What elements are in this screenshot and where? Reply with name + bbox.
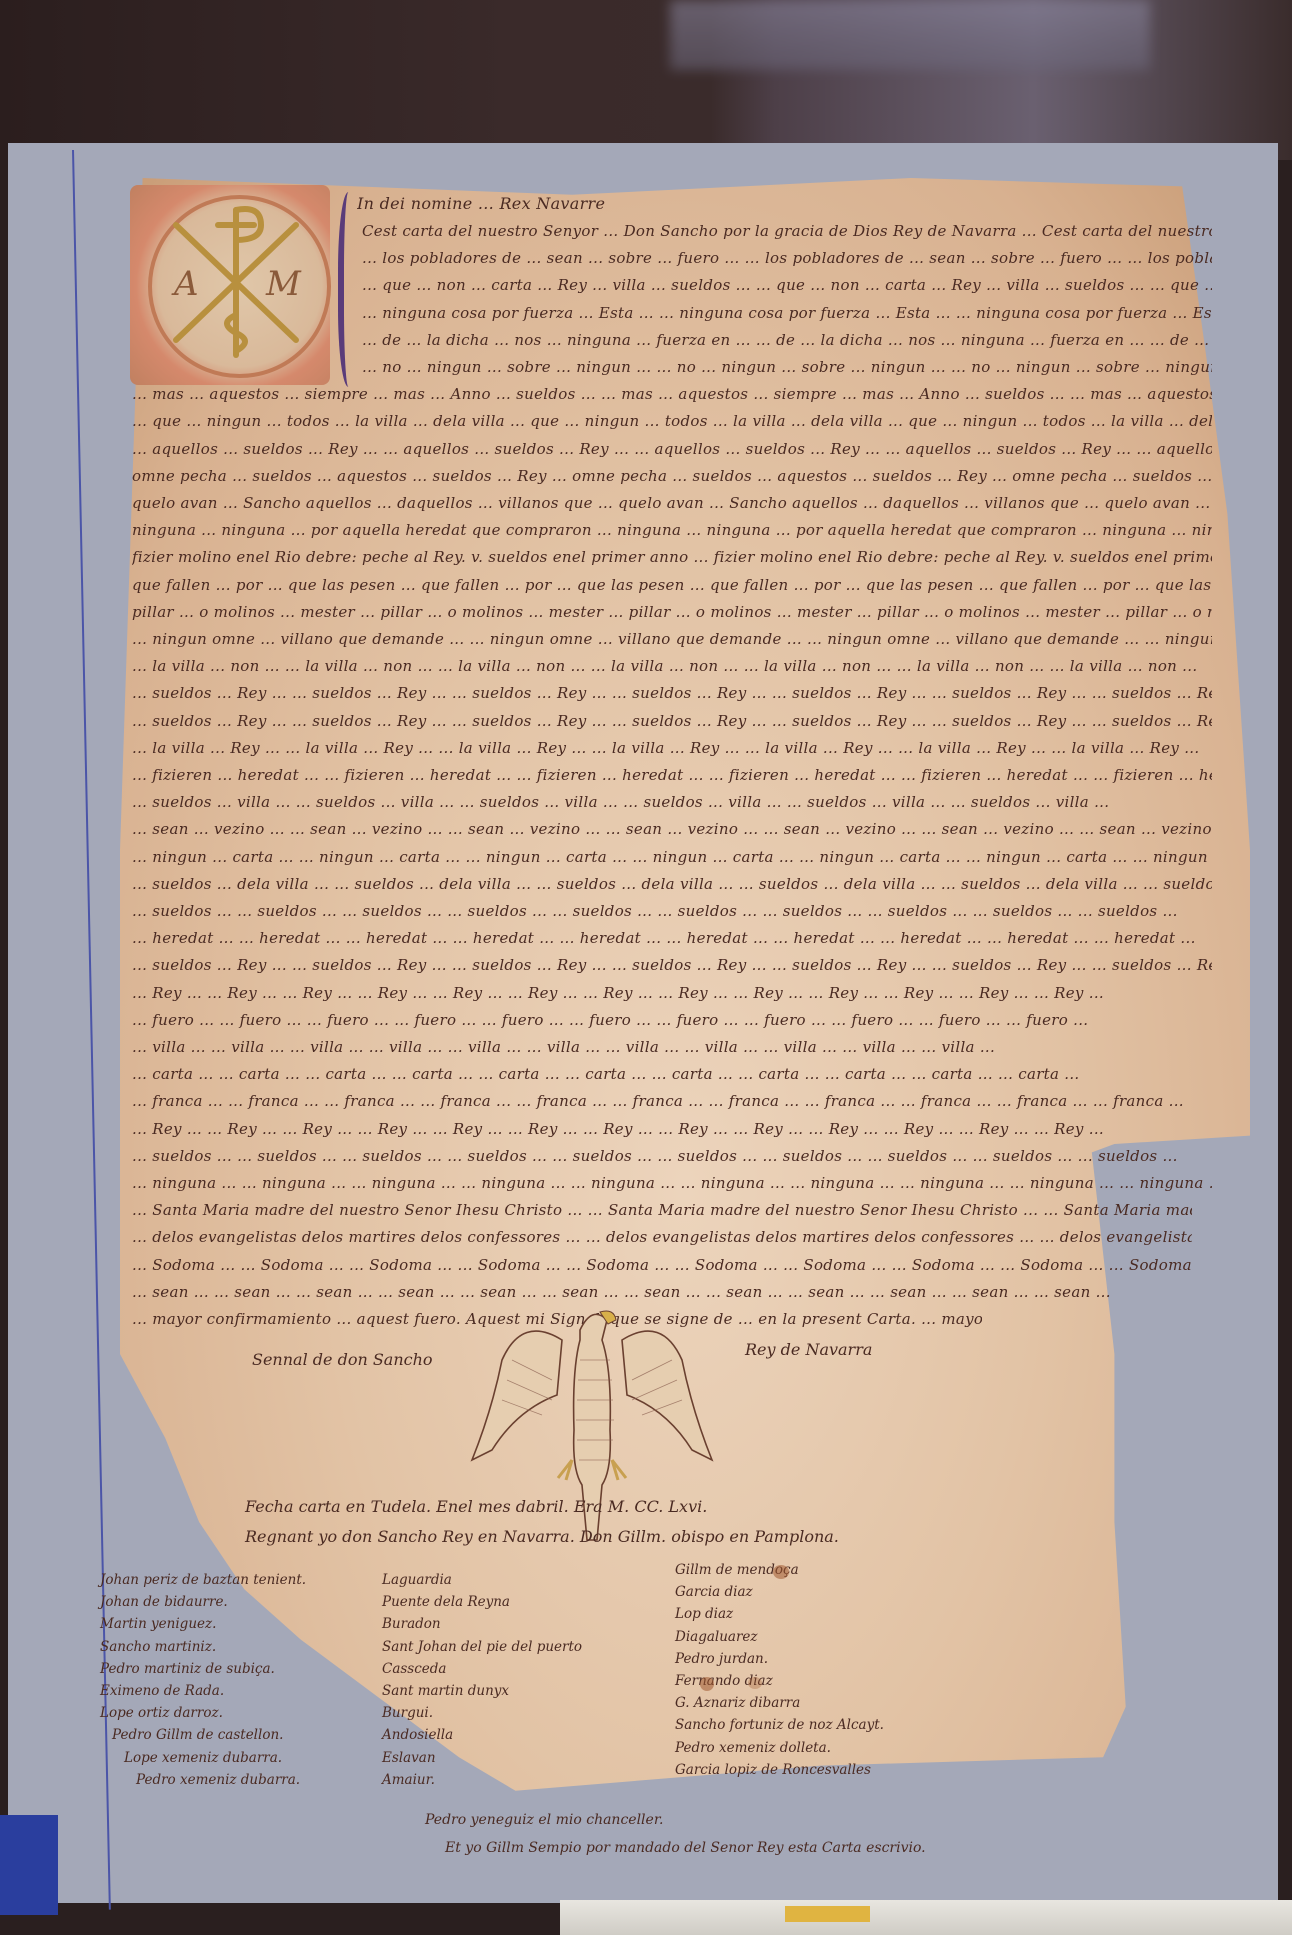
charter-text-line: ... sueldos ... ... sueldos ... ... suel… — [132, 902, 1212, 920]
witness-name: Pedro xemeniz dubarra. — [136, 1772, 300, 1788]
witness-name: Lop diaz — [675, 1606, 733, 1622]
charter-text-line: ... heredat ... ... heredat ... ... here… — [132, 929, 1212, 947]
charter-text-line: ... sueldos ... villa ... ... sueldos ..… — [132, 793, 1212, 811]
charter-text-line: Cest carta del nuestro Senyor ... Don Sa… — [362, 222, 1212, 240]
charter-text-line: que fallen ... por ... que las pesen ...… — [132, 576, 1212, 594]
witness-name: Laguardia — [382, 1572, 452, 1588]
witness-name: Sant Johan del pie del puerto — [382, 1639, 582, 1655]
charter-text-line: pillar ... o molinos ... mester ... pill… — [132, 603, 1212, 621]
charter-text-line: ... sueldos ... Rey ... ... sueldos ... … — [132, 684, 1212, 702]
witness-name: Johan periz de baztan tenient. — [100, 1572, 306, 1588]
dating-line-1: Fecha carta en Tudela. Enel mes dabril. … — [245, 1497, 707, 1516]
charter-text-line: ninguna ... ninguna ... por aquella here… — [132, 521, 1212, 539]
witness-name: Pedro Gillm de castellon. — [112, 1727, 283, 1743]
charter-text-line: ... delos evangelistas delos martires de… — [132, 1228, 1192, 1246]
witness-name: Burgui. — [382, 1705, 433, 1721]
charter-text-line: ... Rey ... ... Rey ... ... Rey ... ... … — [132, 1120, 1212, 1138]
charter-text-line: ... los pobladores de ... sean ... sobre… — [362, 249, 1212, 267]
charter-text-line: ... la villa ... Rey ... ... la villa ..… — [132, 739, 1212, 757]
charter-text-line: quelo avan ... Sancho aquellos ... daque… — [132, 494, 1212, 512]
charter-text-line: ... sueldos ... dela villa ... ... sueld… — [132, 875, 1212, 893]
witness-name: Lope xemeniz dubarra. — [124, 1750, 282, 1766]
invocation-line: In dei nomine ... Rex Navarre — [357, 194, 1007, 213]
stacked-papers — [560, 1900, 1292, 1935]
witness-name: Martin yeniguez. — [100, 1616, 216, 1632]
charter-text-line: ... fuero ... ... fuero ... ... fuero ..… — [132, 1011, 1212, 1029]
witness-name: Puente dela Reyna — [382, 1594, 510, 1610]
ink-stain — [700, 1677, 714, 1691]
witness-name: Lope ortiz darroz. — [100, 1705, 223, 1721]
charter-text-line: omne pecha ... sueldos ... aquestos ... … — [132, 467, 1212, 485]
charter-text-line: ... ninguna cosa por fuerza ... Esta ...… — [362, 304, 1212, 322]
charter-text-line: ... aquellos ... sueldos ... Rey ... ...… — [132, 440, 1212, 458]
blue-folder-tab — [0, 1815, 58, 1915]
charter-text-line: ... sueldos ... ... sueldos ... ... suel… — [132, 1147, 1212, 1165]
witness-name: Sancho fortuniz de noz Alcayt. — [675, 1717, 884, 1733]
witness-name: Cassceda — [382, 1661, 446, 1677]
witness-name: Pedro martiniz de subiça. — [100, 1661, 275, 1677]
charter-text-line: ... sean ... vezino ... ... sean ... vez… — [132, 820, 1212, 838]
witness-name: Johan de bidaurre. — [100, 1594, 228, 1610]
scribe-line: Et yo Gillm Sempio por mandado del Senor… — [445, 1840, 926, 1856]
charter-text-line: ... sueldos ... Rey ... ... sueldos ... … — [132, 712, 1212, 730]
charter-text-line: ... Santa Maria madre del nuestro Senor … — [132, 1201, 1192, 1219]
ink-stain — [773, 1565, 789, 1579]
witness-name: Diagaluarez — [675, 1629, 758, 1645]
witness-name: Pedro jurdan. — [675, 1651, 768, 1667]
witness-name: Sant martin dunyx — [382, 1683, 509, 1699]
charter-text-line: ... de ... la dicha ... nos ... ninguna … — [362, 331, 1212, 349]
charter-text-line: ... que ... non ... carta ... Rey ... vi… — [362, 276, 1212, 294]
witness-name: Eslavan — [382, 1750, 436, 1766]
charter-text-line: ... ninguna ... ... ninguna ... ... ning… — [132, 1174, 1212, 1192]
charter-text-line: fizier molino enel Rio debre: peche al R… — [132, 548, 1212, 566]
charter-text-line: ... ningun ... carta ... ... ningun ... … — [132, 848, 1212, 866]
charter-text-line: ... fizieren ... heredat ... ... fiziere… — [132, 766, 1212, 784]
signal-left-text: Sennal de don Sancho — [252, 1350, 433, 1369]
charter-text-line: ... carta ... ... carta ... ... carta ..… — [132, 1065, 1212, 1083]
witness-name: Garcia diaz — [675, 1584, 753, 1600]
charter-text-line: ... ningun omne ... villano que demande … — [132, 630, 1212, 648]
monogram-letter-m: M — [265, 264, 302, 304]
charter-text-line: ... Rey ... ... Rey ... ... Rey ... ... … — [132, 984, 1212, 1002]
witness-name: Eximeno de Rada. — [100, 1683, 224, 1699]
witness-name: Amaiur. — [382, 1772, 435, 1788]
charter-text-line: ... la villa ... non ... ... la villa ..… — [132, 657, 1212, 675]
yellow-tape — [785, 1906, 870, 1922]
charter-text-line: ... no ... ningun ... sobre ... ningun .… — [362, 358, 1212, 376]
charter-text-line: ... sean ... ... sean ... ... sean ... .… — [132, 1283, 1192, 1301]
charter-text-line: ... que ... ningun ... todos ... la vill… — [132, 412, 1212, 430]
witness-name: Sancho martiniz. — [100, 1639, 216, 1655]
witness-name: Buradon — [382, 1616, 441, 1632]
charter-text-line: ... Sodoma ... ... Sodoma ... ... Sodoma… — [132, 1256, 1192, 1274]
decorated-initial — [338, 192, 364, 387]
monogram-letter-a: A — [171, 264, 199, 304]
background-reflection — [670, 0, 1150, 70]
charter-text-line: ... franca ... ... franca ... ... franca… — [132, 1092, 1212, 1110]
dating-line-2: Regnant yo don Sancho Rey en Navarra. Do… — [245, 1527, 839, 1546]
witness-name: Pedro xemeniz dolleta. — [675, 1740, 831, 1756]
ink-stain — [748, 1677, 762, 1689]
witness-name: Garcia lopiz de Roncesvalles — [675, 1762, 871, 1778]
witness-name: G. Aznariz dibarra — [675, 1695, 800, 1711]
witness-name: Andosiella — [382, 1727, 453, 1743]
charter-text-line: ... villa ... ... villa ... ... villa ..… — [132, 1038, 1212, 1056]
signal-right-text: Rey de Navarra — [745, 1340, 872, 1359]
charter-text-line: ... mas ... aquestos ... siempre ... mas… — [132, 385, 1212, 403]
chi-rho-icon: A M — [156, 200, 316, 360]
chancellor-line: Pedro yeneguiz el mio chanceller. — [425, 1812, 663, 1828]
charter-text-line: ... sueldos ... Rey ... ... sueldos ... … — [132, 956, 1212, 974]
